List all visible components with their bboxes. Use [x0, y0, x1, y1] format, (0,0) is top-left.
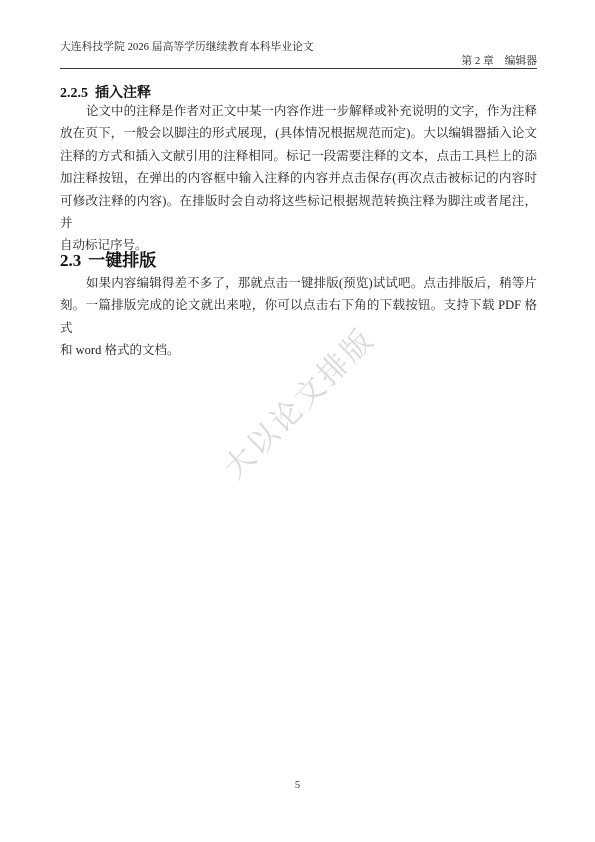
section-heading-2-3: 2.3一键排版	[60, 249, 156, 272]
paragraph-insert-note: 论文中的注释是作者对正文中某一内容作进一步解释或补充说明的文字，作为注释 放在页…	[60, 100, 537, 257]
section-heading-2-3-number: 2.3	[60, 251, 81, 270]
paragraph-line: 论文中的注释是作者对正文中某一内容作进一步解释或补充说明的文字，作为注释	[60, 100, 537, 122]
paragraph-line: 可修改注释的内容)。在排版时会自动将这些标记根据规范转换注释为脚注或者尾注，并	[60, 190, 537, 235]
section-heading-2-3-title: 一键排版	[88, 251, 156, 270]
paragraph-one-click: 如果内容编辑得差不多了，那就点击一键排版(预览)试试吧。点击排版后，稍等片 刻。…	[60, 272, 537, 362]
header-chapter-text: 第 2 章 编辑器	[60, 55, 537, 68]
page-number: 5	[0, 780, 595, 791]
paragraph-line: 刻。一篇排版完成的论文就出来啦，你可以点击右下角的下载按钮。支持下载 PDF 格…	[60, 294, 537, 339]
paragraph-line: 加注释按钮，在弹出的内容框中输入注释的内容并点击保存(再次点击被标记的内容时	[60, 167, 537, 189]
paragraph-line: 放在页下，一般会以脚注的形式展现，(具体情况根据规范而定)。大以编辑器插入论文	[60, 122, 537, 144]
document-page: 大连科技学院 2026 届高等学历继续教育本科毕业论文 第 2 章 编辑器 2.…	[0, 0, 595, 842]
section-heading-2-2-5-title: 插入注释	[95, 84, 151, 100]
header-school-text: 大连科技学院 2026 届高等学历继续教育本科毕业论文	[60, 40, 537, 54]
header-rule	[60, 68, 537, 69]
paragraph-line: 注释的方式和插入文献引用的注释相同。标记一段需要注释的文本，点击工具栏上的添	[60, 145, 537, 167]
section-heading-2-2-5-number: 2.2.5	[60, 86, 88, 101]
paragraph-line: 如果内容编辑得差不多了，那就点击一键排版(预览)试试吧。点击排版后，稍等片	[60, 272, 537, 294]
paragraph-line: 和 word 格式的文档。	[60, 339, 537, 361]
